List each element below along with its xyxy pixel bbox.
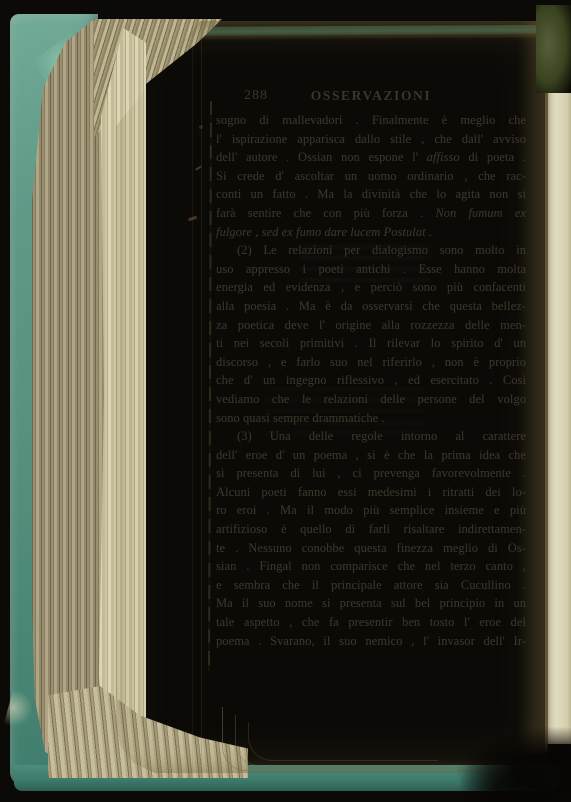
text-line: l' ispirazione apparisca dallo stile , c…	[216, 130, 526, 149]
text-line: farà sentire che con più forza . Non fum…	[216, 204, 526, 223]
text-segment: alla poesia . Ma è da osservarsi che que…	[216, 299, 526, 313]
text-segment: Si crede d' ascoltar un uomo ordinario ,…	[216, 169, 526, 183]
text-line: Si crede d' ascoltar un uomo ordinario ,…	[216, 167, 526, 186]
text-line: (2) Le relazioni per dialogismo sono mol…	[216, 241, 526, 260]
text-segment: sogno di mallevadori . Finalmente è megl…	[216, 113, 526, 127]
shadow-bottom-right	[455, 726, 571, 802]
text-line: alla poesia . Ma è da osservarsi che que…	[216, 297, 526, 316]
gutter-shadow	[518, 21, 548, 773]
text-segment: ti nei secoli primitivi . Il rilevar lo …	[216, 336, 526, 350]
text-line: sono quasi sempre drammatiche .	[216, 409, 526, 428]
text-segment: farà sentire che con più forza .	[216, 206, 435, 220]
text-segment: Ma il suo nome si presenta sul bel princ…	[216, 596, 526, 610]
text-segment: conti un fatto . Ma la divinità che lo a…	[216, 187, 526, 201]
text-line: vediamo che le relazioni delle persone d…	[216, 390, 526, 409]
text-line: poema . Svarano, il suo nemico , l' inva…	[216, 632, 526, 651]
text-segment: te . Nessuno conobbe questa finezza megl…	[216, 541, 526, 555]
text-segment: tale aspetto , che fa presentir ben tost…	[216, 615, 526, 629]
text-line: artifizioso è quello di farli risaltare …	[216, 520, 526, 539]
page-gutter-edge	[545, 21, 547, 773]
text-segment: artifizioso è quello di farli risaltare …	[216, 522, 526, 536]
italic-text-segment: Non fumum ex	[435, 206, 526, 220]
text-segment: (2) Le relazioni per dialogismo sono mol…	[237, 243, 526, 257]
page-number: 288	[244, 88, 268, 104]
text-line: sogno di mallevadori . Finalmente è megl…	[216, 111, 526, 130]
text-line: conti un fatto . Ma la divinità che lo a…	[216, 185, 526, 204]
page-crease-faint-outer	[192, 21, 193, 773]
text-line: tale aspetto , che fa presentir ben tost…	[216, 613, 526, 632]
text-segment: discorso , e farlo suo nel riferirlo , n…	[216, 355, 526, 369]
text-line: (3) Una delle regole intorno al caratter…	[216, 427, 526, 446]
text-segment: sono quasi sempre drammatiche .	[216, 411, 385, 425]
text-segment: l' ispirazione apparisca dallo stile , c…	[216, 132, 526, 146]
text-segment: (3) Una delle regole intorno al caratter…	[237, 429, 526, 443]
text-segment: dell' eroe d' un poema , si è che la pri…	[216, 448, 526, 462]
italic-text-segment: fulgore , sed ex fumo dare lucem Postula…	[216, 225, 432, 239]
book-cover-corner-top-right	[536, 5, 571, 93]
text-line: Alcuni poeti fanno essi medesimi i ritra…	[216, 483, 526, 502]
text-segment: e sembra che il principale attore sia Cu…	[216, 578, 526, 592]
book-page: 288 OSSERVAZIONI sogno di mallevadori . …	[116, 21, 548, 773]
text-segment: vediamo che le relazioni delle persone d…	[216, 392, 526, 406]
italic-text-segment: affisso	[427, 150, 460, 164]
facing-page-edge	[545, 76, 571, 744]
page-corner-step-line	[248, 722, 438, 761]
page-crease-faint	[201, 21, 202, 773]
text-segment: si presenta di lui , ci prevenga favorev…	[216, 466, 526, 480]
text-line: ti nei secoli primitivi . Il rilevar lo …	[216, 334, 526, 353]
text-segment: poema . Svarano, il suo nemico , l' inva…	[216, 634, 526, 648]
text-segment: ro eroi . Ma il modo più semplice insiem…	[216, 503, 526, 517]
text-segment: Alcuni poeti fanno essi medesimi i ritra…	[216, 485, 526, 499]
text-line: sian . Fingal non comparisce che nel ter…	[216, 557, 526, 576]
text-line: si presenta di lui , ci prevenga favorev…	[216, 464, 526, 483]
text-line: fulgore , sed ex fumo dare lucem Postula…	[216, 223, 526, 242]
text-segment: dell' autore . Ossian non espone l'	[216, 150, 427, 164]
text-line: za poetica deve l' origine alla rozzezza…	[216, 316, 526, 335]
text-line: uso appresso i poeti antichi . Esse hann…	[216, 260, 526, 279]
text-line: te . Nessuno conobbe questa finezza megl…	[216, 539, 526, 558]
text-segment: che d' un ingegno riflessivo , ed eserci…	[216, 373, 526, 387]
text-segment: sian . Fingal non comparisce che nel ter…	[216, 559, 526, 573]
text-segment: energia ed evidenza , e perciò sono più …	[216, 280, 526, 294]
page-fold-crease	[208, 101, 211, 671]
text-segment: di poeta .	[460, 150, 526, 164]
text-line: ro eroi . Ma il modo più semplice insiem…	[216, 501, 526, 520]
text-segment: za poetica deve l' origine alla rozzezza…	[216, 318, 526, 332]
book-scan: 288 OSSERVAZIONI sogno di mallevadori . …	[0, 0, 571, 802]
text-line: dell' autore . Ossian non espone l' affi…	[216, 148, 526, 167]
text-line: discorso , e farlo suo nel riferirlo , n…	[216, 353, 526, 372]
running-head: OSSERVAZIONI	[311, 88, 432, 103]
text-line: che d' un ingegno riflessivo , ed eserci…	[216, 371, 526, 390]
text-segment: uso appresso i poeti antichi . Esse hann…	[216, 262, 526, 276]
text-line: Ma il suo nome si presenta sul bel princ…	[216, 594, 526, 613]
text-line: dell' eroe d' un poema , si è che la pri…	[216, 446, 526, 465]
text-line: energia ed evidenza , e perciò sono più …	[216, 278, 526, 297]
page-header: 288 OSSERVAZIONI	[216, 87, 526, 107]
text-line: e sembra che il principale attore sia Cu…	[216, 576, 526, 595]
photo-background: { "book_page": { "page_number": "288", "…	[0, 0, 571, 802]
margin-ink-speck	[199, 125, 203, 129]
body-text: sogno di mallevadori . Finalmente è megl…	[216, 111, 526, 650]
